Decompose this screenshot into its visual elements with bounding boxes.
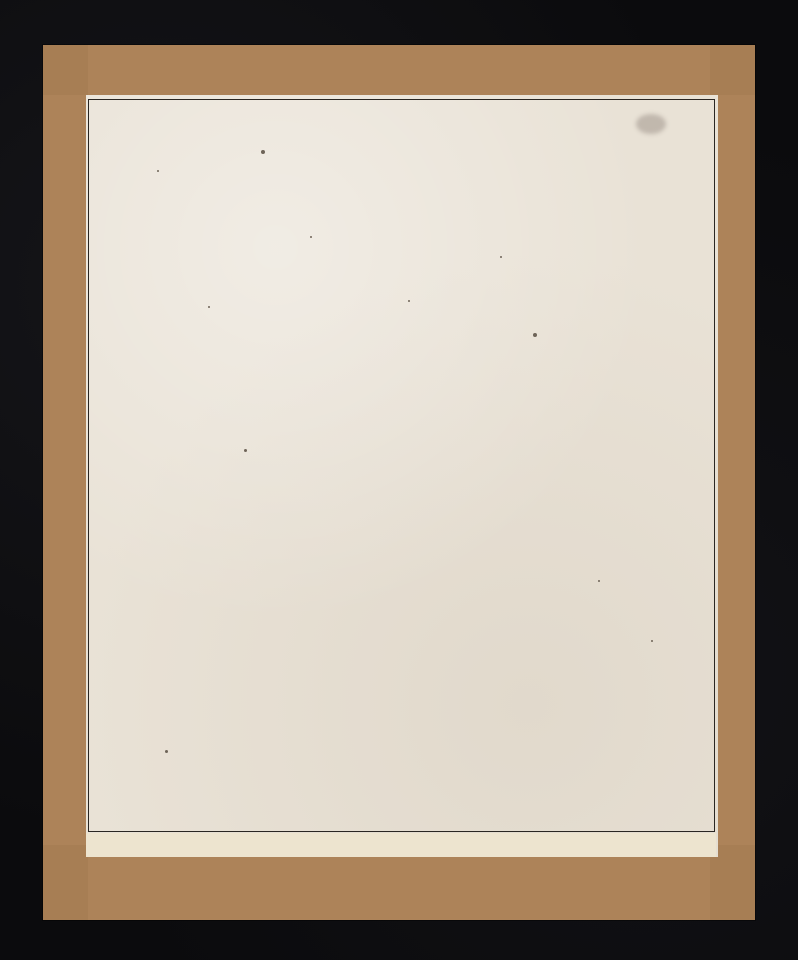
paper-speck	[651, 640, 653, 642]
paper-speck	[310, 236, 312, 238]
paper-speck	[533, 333, 537, 337]
paper-speck	[157, 170, 159, 172]
ruled-border-frame	[88, 99, 715, 832]
paper-speck	[261, 150, 265, 154]
paper-speck	[500, 256, 502, 258]
paper-speck	[408, 300, 410, 302]
tape-strip-top	[43, 45, 755, 95]
paper-speck	[244, 449, 247, 452]
tape-strip-left	[43, 45, 88, 920]
paper-speck	[208, 306, 210, 308]
paper-speck	[598, 580, 600, 582]
paper-stain	[636, 114, 666, 134]
paper-bottom-margin	[86, 833, 716, 857]
paper-speck	[165, 750, 168, 753]
